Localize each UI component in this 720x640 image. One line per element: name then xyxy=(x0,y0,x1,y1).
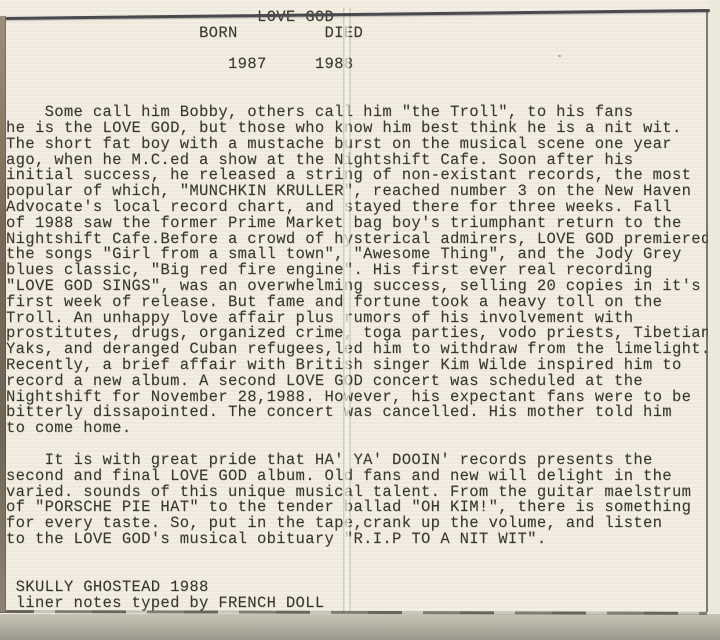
paragraph-2: It is with great pride that HA' YA' DOOI… xyxy=(6,453,718,548)
paper-seam xyxy=(343,8,351,612)
scanner-right-margin xyxy=(708,0,720,614)
paper-right-edge xyxy=(706,12,708,612)
paragraph-1: Some call him Bobby, others call him "th… xyxy=(6,105,718,437)
scanner-background xyxy=(0,614,720,640)
dust-speck xyxy=(558,55,561,57)
obituary-header: LOVE GOD BORN DIED 1987 1988 xyxy=(6,10,718,73)
scanned-liner-notes: LOVE GOD BORN DIED 1987 1988 Some call h… xyxy=(0,0,720,640)
paper-sheet: LOVE GOD BORN DIED 1987 1988 Some call h… xyxy=(0,0,720,614)
typed-text-layer: LOVE GOD BORN DIED 1987 1988 Some call h… xyxy=(6,10,718,611)
paper-left-shadow xyxy=(0,16,6,612)
credits: SKULLY GHOSTEAD 1988 liner notes typed b… xyxy=(6,580,718,612)
